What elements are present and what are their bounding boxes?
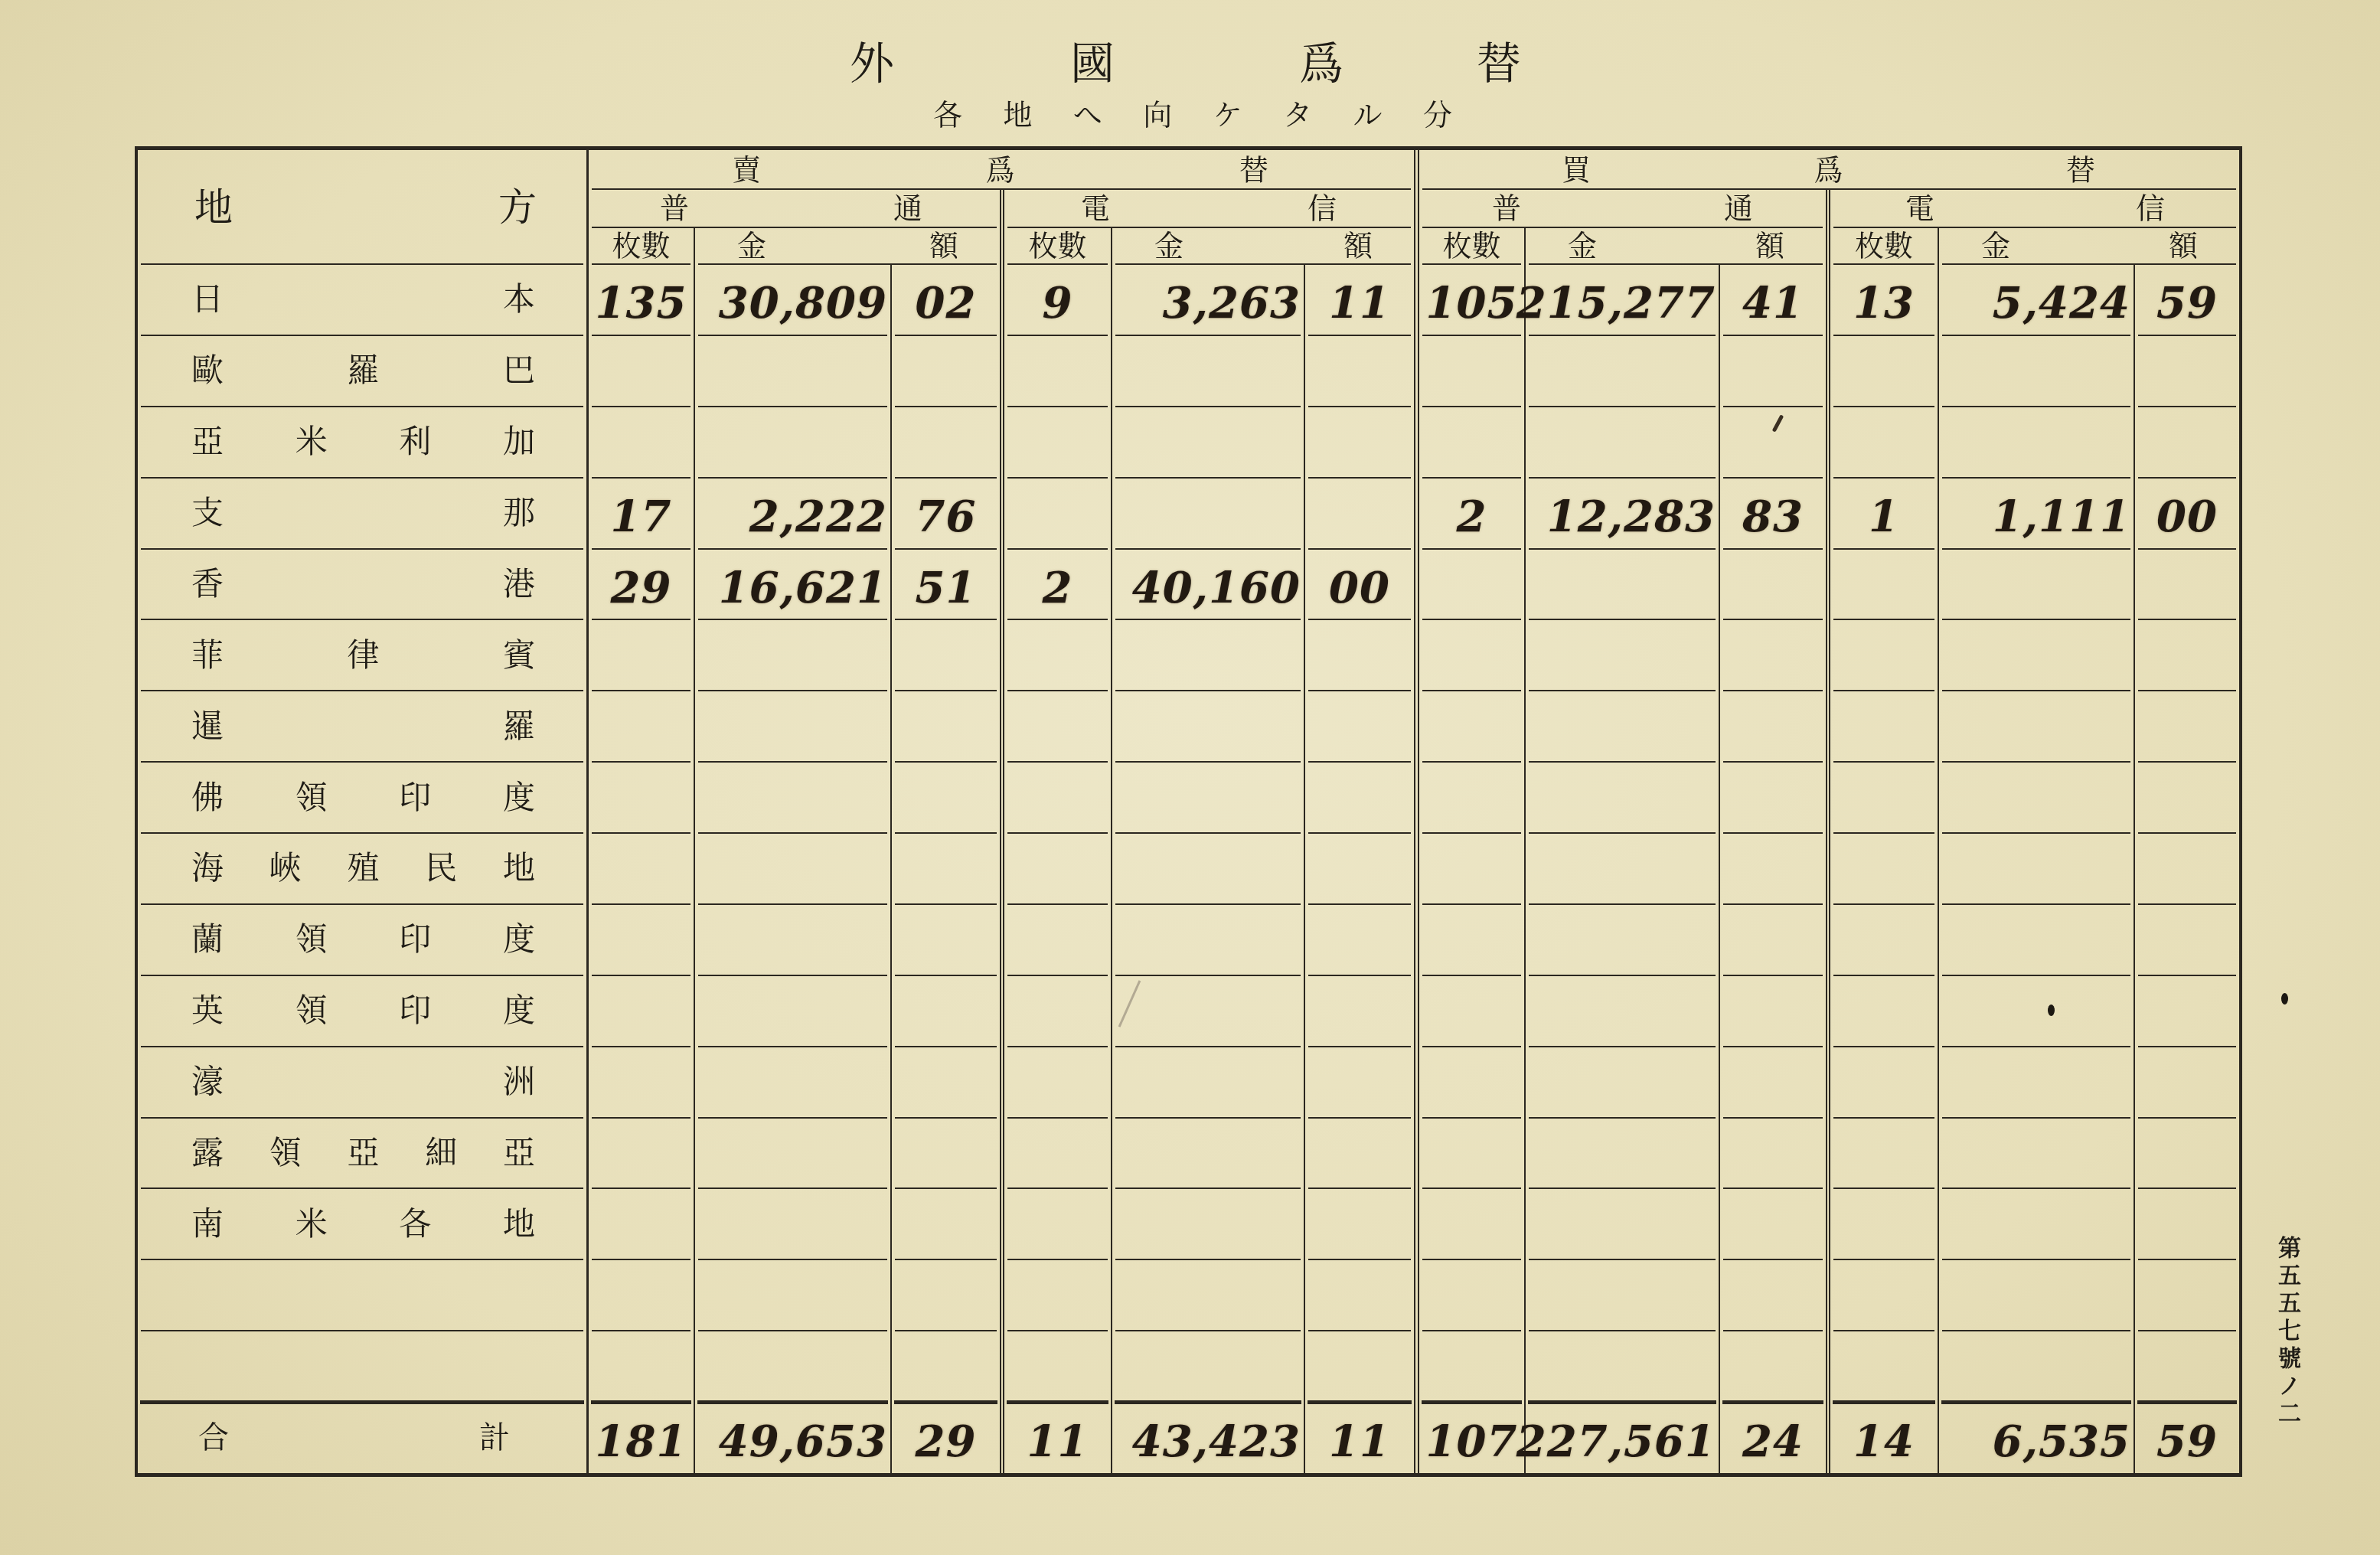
total-sell-telegraph-sen: 11	[1304, 1402, 1414, 1473]
glyph: 額	[1343, 231, 1373, 260]
header-buy-normal: 普通	[1414, 189, 1826, 227]
buy-normal-count	[1414, 975, 1524, 1047]
sell-telegraph-sen	[1304, 407, 1414, 478]
sell-normal-count	[586, 1259, 694, 1331]
sell-telegraph-count	[1000, 1331, 1111, 1402]
glyph: 方	[498, 188, 537, 227]
sell-normal-count	[586, 762, 694, 833]
glyph: 電	[1081, 194, 1110, 223]
sell-telegraph-count: 2	[1000, 549, 1111, 620]
buy-telegraph-yen: 1,111	[1938, 478, 2134, 549]
region-label: 濠洲	[138, 1047, 586, 1118]
sell-normal-count	[586, 335, 694, 407]
sell-normal-yen	[694, 1331, 890, 1402]
buy-normal-sen	[1719, 1188, 1826, 1259]
buy-normal-count: 105	[1414, 264, 1524, 335]
sell-normal-count	[586, 975, 694, 1047]
region-label: 英領印度	[138, 975, 586, 1047]
glyph: 露	[191, 1137, 224, 1169]
glyph: 額	[929, 231, 958, 260]
sell-telegraph-sen: 00	[1304, 549, 1414, 620]
glyph: 外	[850, 41, 893, 86]
sell-normal-sen: 76	[890, 478, 1000, 549]
glyph: 印	[399, 995, 431, 1027]
sell-normal-count	[586, 1188, 694, 1259]
header-region: 地方	[138, 150, 586, 264]
glyph: 巴	[503, 354, 535, 387]
buy-telegraph-sen	[2134, 549, 2239, 620]
sell-normal-count: 17	[586, 478, 694, 549]
buy-telegraph-count	[1826, 1331, 1938, 1402]
sell-telegraph-yen	[1111, 478, 1304, 549]
buy-telegraph-sen	[2134, 335, 2239, 407]
buy-normal-yen: 12,283	[1524, 478, 1719, 549]
glyph: 賓	[503, 639, 535, 671]
buy-normal-count	[1414, 335, 1524, 407]
glyph: 領	[295, 923, 328, 956]
buy-telegraph-sen	[2134, 1259, 2239, 1331]
sell-telegraph-yen	[1111, 975, 1304, 1047]
sell-telegraph-count	[1000, 478, 1111, 549]
buy-telegraph-yen	[1938, 904, 2134, 975]
buy-normal-count	[1414, 904, 1524, 975]
total-label: 合計	[138, 1402, 586, 1473]
sell-normal-yen	[694, 1188, 890, 1259]
buy-telegraph-yen	[1938, 619, 2134, 691]
glyph: 洲	[503, 1066, 535, 1098]
buy-telegraph-sen	[2134, 1188, 2239, 1259]
sell-telegraph-yen	[1111, 762, 1304, 833]
sell-normal-sen	[890, 1047, 1000, 1118]
buy-telegraph-count	[1826, 549, 1938, 620]
total-buy-telegraph-count: 14	[1826, 1402, 1938, 1473]
glyph: 濠	[191, 1066, 224, 1098]
glyph: 領	[295, 995, 328, 1027]
sell-normal-sen	[890, 1188, 1000, 1259]
header-count: 枚數	[586, 227, 694, 264]
glyph: 羅	[503, 711, 535, 743]
sell-normal-yen	[694, 762, 890, 833]
sell-telegraph-sen	[1304, 478, 1414, 549]
region-label: 菲律賓	[138, 619, 586, 691]
glyph: 合	[198, 1423, 229, 1453]
sell-normal-yen: 30,809	[694, 264, 890, 335]
sell-telegraph-sen	[1304, 904, 1414, 975]
total-buy-normal-yen: 227,561	[1524, 1402, 1719, 1473]
buy-normal-yen	[1524, 833, 1719, 904]
buy-telegraph-count	[1826, 833, 1938, 904]
buy-telegraph-count: 1	[1826, 478, 1938, 549]
buy-telegraph-count	[1826, 975, 1938, 1047]
buy-telegraph-sen: 59	[2134, 264, 2239, 335]
glyph: 峽	[269, 852, 302, 884]
glyph: 支	[191, 497, 224, 529]
sell-telegraph-sen	[1304, 335, 1414, 407]
sell-telegraph-count	[1000, 975, 1111, 1047]
sell-telegraph-sen: 11	[1304, 264, 1414, 335]
ink-spot	[2281, 993, 2288, 1005]
sell-telegraph-sen	[1304, 1118, 1414, 1189]
glyph: 信	[1308, 194, 1337, 223]
buy-telegraph-count	[1826, 407, 1938, 478]
sell-telegraph-count	[1000, 1118, 1111, 1189]
buy-normal-count	[1414, 1259, 1524, 1331]
sell-normal-sen	[890, 335, 1000, 407]
buy-normal-count	[1414, 762, 1524, 833]
region-label: 歐羅巴	[138, 335, 586, 407]
sell-telegraph-sen	[1304, 975, 1414, 1047]
buy-telegraph-sen	[2134, 1118, 2239, 1189]
sell-normal-sen: 02	[890, 264, 1000, 335]
glyph: 金	[1154, 231, 1183, 260]
glyph: 替	[2066, 155, 2095, 185]
glyph: 佛	[191, 782, 224, 814]
buy-normal-count	[1414, 549, 1524, 620]
region-label: 南米各地	[138, 1188, 586, 1259]
total-sell-normal-yen: 49,653	[694, 1402, 890, 1473]
total-buy-normal-sen: 24	[1719, 1402, 1826, 1473]
sell-normal-yen: 2,222	[694, 478, 890, 549]
buy-telegraph-count	[1826, 1259, 1938, 1331]
glyph: 羅	[347, 354, 379, 387]
glyph: 度	[503, 923, 535, 956]
sell-normal-count	[586, 619, 694, 691]
header-buy-exchange: 買爲替	[1414, 150, 2239, 189]
buy-telegraph-count: 13	[1826, 264, 1938, 335]
glyph: 歐	[191, 354, 224, 387]
buy-telegraph-yen: 5,424	[1938, 264, 2134, 335]
region-label: 蘭領印度	[138, 904, 586, 975]
glyph: 額	[2169, 231, 2198, 260]
sell-telegraph-yen: 40,160	[1111, 549, 1304, 620]
sell-telegraph-yen	[1111, 904, 1304, 975]
buy-telegraph-yen	[1938, 1331, 2134, 1402]
sell-normal-yen	[694, 975, 890, 1047]
sell-telegraph-sen	[1304, 691, 1414, 762]
glyph: 領	[269, 1137, 302, 1169]
buy-telegraph-sen	[2134, 691, 2239, 762]
glyph: 地	[503, 1208, 535, 1240]
buy-telegraph-count	[1826, 619, 1938, 691]
buy-normal-count	[1414, 407, 1524, 478]
sell-normal-sen	[890, 691, 1000, 762]
buy-telegraph-yen	[1938, 407, 2134, 478]
sell-telegraph-sen	[1304, 1331, 1414, 1402]
header-count: 枚數	[1826, 227, 1938, 264]
buy-telegraph-count	[1826, 904, 1938, 975]
buy-telegraph-sen	[2134, 762, 2239, 833]
sell-normal-yen	[694, 904, 890, 975]
glyph: 額	[1755, 231, 1784, 260]
sell-telegraph-count: 9	[1000, 264, 1111, 335]
sell-normal-yen	[694, 407, 890, 478]
total-buy-normal-count: 107	[1414, 1402, 1524, 1473]
header-amount: 金額	[694, 227, 1000, 264]
sell-normal-count: 135	[586, 264, 694, 335]
buy-normal-yen	[1524, 1118, 1719, 1189]
sell-telegraph-sen	[1304, 1047, 1414, 1118]
total-sell-telegraph-count: 11	[1000, 1402, 1111, 1473]
glyph: 金	[1568, 231, 1597, 260]
buy-telegraph-yen	[1938, 335, 2134, 407]
sell-telegraph-count	[1000, 833, 1111, 904]
page-title: 外國爲替	[850, 38, 1520, 89]
sell-telegraph-sen	[1304, 1259, 1414, 1331]
header-count: 枚數	[1000, 227, 1111, 264]
region-label: 佛領印度	[138, 762, 586, 833]
buy-telegraph-yen	[1938, 762, 2134, 833]
glyph: 菲	[191, 639, 224, 671]
region-label	[138, 1259, 586, 1331]
buy-telegraph-count	[1826, 762, 1938, 833]
sell-telegraph-yen	[1111, 691, 1304, 762]
sell-telegraph-yen	[1111, 619, 1304, 691]
glyph: 英	[191, 995, 224, 1027]
sell-normal-count	[586, 904, 694, 975]
glyph: 南	[191, 1208, 224, 1240]
glyph: 領	[295, 782, 328, 814]
buy-telegraph-yen	[1938, 1259, 2134, 1331]
page-number-label: 第五五七號ノ二	[2275, 1236, 2298, 1429]
sell-normal-yen: 16,621	[694, 549, 890, 620]
buy-telegraph-sen	[2134, 1047, 2239, 1118]
sell-telegraph-sen	[1304, 619, 1414, 691]
glyph: 利	[399, 426, 431, 458]
buy-normal-sen	[1719, 1118, 1826, 1189]
header-amount: 金額	[1111, 227, 1414, 264]
sell-telegraph-yen	[1111, 1047, 1304, 1118]
glyph: 加	[503, 426, 535, 458]
buy-normal-count	[1414, 691, 1524, 762]
buy-normal-sen	[1719, 975, 1826, 1047]
header-buy-telegraph: 電信	[1826, 189, 2239, 227]
sell-telegraph-yen	[1111, 407, 1304, 478]
buy-normal-sen	[1719, 407, 1826, 478]
region-label: 香港	[138, 549, 586, 620]
region-label: 支那	[138, 478, 586, 549]
total-buy-telegraph-sen: 59	[2134, 1402, 2239, 1473]
sell-normal-yen	[694, 1047, 890, 1118]
sell-telegraph-count	[1000, 1188, 1111, 1259]
glyph: 賣	[732, 155, 761, 185]
sell-normal-sen	[890, 1259, 1000, 1331]
glyph: 律	[347, 639, 379, 671]
sell-telegraph-count	[1000, 335, 1111, 407]
buy-telegraph-sen	[2134, 904, 2239, 975]
buy-telegraph-sen	[2134, 407, 2239, 478]
buy-normal-sen	[1719, 335, 1826, 407]
total-sell-telegraph-yen: 43,423	[1111, 1402, 1304, 1473]
buy-normal-yen	[1524, 975, 1719, 1047]
glyph: 香	[191, 568, 224, 600]
glyph: 買	[1562, 155, 1591, 185]
buy-normal-count	[1414, 1331, 1524, 1402]
sell-normal-sen	[890, 833, 1000, 904]
glyph: 地	[503, 852, 535, 884]
glyph: 爲	[1299, 41, 1342, 86]
sell-normal-yen	[694, 1259, 890, 1331]
total-buy-telegraph-yen: 6,535	[1938, 1402, 2134, 1473]
buy-normal-sen: 83	[1719, 478, 1826, 549]
buy-telegraph-yen	[1938, 1188, 2134, 1259]
buy-telegraph-count	[1826, 1118, 1938, 1189]
sell-normal-count	[586, 691, 694, 762]
sell-normal-sen: 51	[890, 549, 1000, 620]
sell-telegraph-count	[1000, 1047, 1111, 1118]
buy-normal-sen	[1719, 549, 1826, 620]
sell-normal-count	[586, 833, 694, 904]
buy-normal-count	[1414, 1118, 1524, 1189]
sell-telegraph-count	[1000, 1259, 1111, 1331]
region-label: 日本	[138, 264, 586, 335]
buy-normal-yen: 215,277	[1524, 264, 1719, 335]
buy-normal-yen	[1524, 1259, 1719, 1331]
sell-normal-count	[586, 407, 694, 478]
buy-normal-yen	[1524, 1047, 1719, 1118]
glyph: 通	[893, 194, 922, 223]
region-label: 暹羅	[138, 691, 586, 762]
glyph: 米	[295, 426, 328, 458]
sell-normal-sen	[890, 1331, 1000, 1402]
sell-telegraph-yen	[1111, 335, 1304, 407]
glyph: 亞	[503, 1137, 535, 1169]
buy-telegraph-count	[1826, 691, 1938, 762]
glyph: 日	[191, 283, 224, 315]
glyph: タ	[1283, 100, 1312, 129]
glyph: ケ	[1213, 100, 1242, 129]
glyph: 地	[194, 188, 233, 227]
glyph: 各	[399, 1208, 431, 1240]
buy-telegraph-yen	[1938, 1047, 2134, 1118]
buy-normal-yen	[1524, 407, 1719, 478]
buy-telegraph-yen	[1938, 975, 2134, 1047]
sell-telegraph-yen	[1111, 833, 1304, 904]
glyph: 爲	[1814, 155, 1843, 185]
glyph: 替	[1477, 41, 1520, 86]
buy-telegraph-sen	[2134, 1331, 2239, 1402]
header-amount: 金額	[1524, 227, 1826, 264]
glyph: 替	[1239, 155, 1268, 185]
sell-telegraph-yen	[1111, 1118, 1304, 1189]
glyph: 電	[1905, 194, 1934, 223]
header-sell-normal: 普通	[586, 189, 1000, 227]
buy-telegraph-sen	[2134, 975, 2239, 1047]
buy-normal-sen	[1719, 1047, 1826, 1118]
buy-normal-sen	[1719, 1259, 1826, 1331]
buy-normal-sen: 41	[1719, 264, 1826, 335]
buy-normal-count	[1414, 833, 1524, 904]
buy-normal-count	[1414, 1047, 1524, 1118]
buy-normal-sen	[1719, 1331, 1826, 1402]
buy-normal-yen	[1524, 691, 1719, 762]
total-sell-normal-sen: 29	[890, 1402, 1000, 1473]
glyph: 民	[425, 852, 457, 884]
sell-normal-count	[586, 1331, 694, 1402]
sell-normal-sen	[890, 975, 1000, 1047]
glyph: 本	[503, 283, 535, 315]
glyph: 亞	[191, 426, 224, 458]
sell-telegraph-yen	[1111, 1188, 1304, 1259]
buy-normal-yen	[1524, 1188, 1719, 1259]
glyph: 分	[1423, 100, 1452, 129]
sell-telegraph-count	[1000, 691, 1111, 762]
exchange-table: 地方 賣爲替 買爲替 普通 電信 普通 電信 枚數 金額 枚數 金額 枚數 金額…	[135, 146, 2242, 1477]
glyph: へ	[1073, 100, 1102, 129]
glyph: 港	[503, 568, 535, 600]
buy-normal-sen	[1719, 691, 1826, 762]
glyph: 地	[1003, 100, 1032, 129]
glyph: 亞	[347, 1137, 379, 1169]
buy-normal-sen	[1719, 904, 1826, 975]
sell-normal-sen	[890, 1118, 1000, 1189]
glyph: 度	[503, 782, 535, 814]
buy-telegraph-sen: 00	[2134, 478, 2239, 549]
sell-telegraph-count	[1000, 904, 1111, 975]
sell-normal-count: 29	[586, 549, 694, 620]
glyph: 度	[503, 995, 535, 1027]
glyph: 那	[503, 497, 535, 529]
sell-normal-sen	[890, 407, 1000, 478]
sell-normal-yen	[694, 833, 890, 904]
sell-normal-yen	[694, 691, 890, 762]
buy-telegraph-count	[1826, 1188, 1938, 1259]
header-sell-exchange: 賣爲替	[586, 150, 1414, 189]
sell-normal-yen	[694, 335, 890, 407]
glyph: 金	[1981, 231, 2010, 260]
glyph: 爲	[985, 155, 1014, 185]
glyph: 殖	[347, 852, 379, 884]
sell-normal-sen	[890, 904, 1000, 975]
glyph: 信	[2136, 194, 2165, 223]
glyph: 金	[737, 231, 766, 260]
glyph: 印	[399, 782, 431, 814]
region-label: 亞米利加	[138, 407, 586, 478]
buy-normal-yen	[1524, 762, 1719, 833]
buy-normal-yen	[1524, 904, 1719, 975]
buy-normal-sen	[1719, 833, 1826, 904]
sell-telegraph-sen	[1304, 833, 1414, 904]
buy-telegraph-sen	[2134, 619, 2239, 691]
buy-normal-sen	[1719, 619, 1826, 691]
sell-normal-yen	[694, 1118, 890, 1189]
header-count: 枚數	[1414, 227, 1524, 264]
glyph: 普	[660, 194, 689, 223]
glyph: 蘭	[191, 923, 224, 956]
buy-normal-sen	[1719, 762, 1826, 833]
sell-normal-count	[586, 1047, 694, 1118]
glyph: 國	[1070, 41, 1113, 86]
buy-normal-yen	[1524, 619, 1719, 691]
glyph: 通	[1724, 194, 1753, 223]
buy-normal-count: 2	[1414, 478, 1524, 549]
sell-normal-yen	[694, 619, 890, 691]
glyph: 細	[425, 1137, 457, 1169]
sell-telegraph-sen	[1304, 1188, 1414, 1259]
glyph: 印	[399, 923, 431, 956]
header-amount: 金額	[1938, 227, 2239, 264]
sell-telegraph-count	[1000, 762, 1111, 833]
glyph: 普	[1492, 194, 1521, 223]
region-label: 海峽殖民地	[138, 833, 586, 904]
sell-normal-count	[586, 1118, 694, 1189]
buy-normal-yen	[1524, 335, 1719, 407]
total-sell-normal-count: 181	[586, 1402, 694, 1473]
region-label	[138, 1331, 586, 1402]
buy-telegraph-yen	[1938, 833, 2134, 904]
buy-telegraph-count	[1826, 1047, 1938, 1118]
page-subtitle: 各地へ向ケタル分	[933, 98, 1452, 132]
glyph: 海	[191, 852, 224, 884]
